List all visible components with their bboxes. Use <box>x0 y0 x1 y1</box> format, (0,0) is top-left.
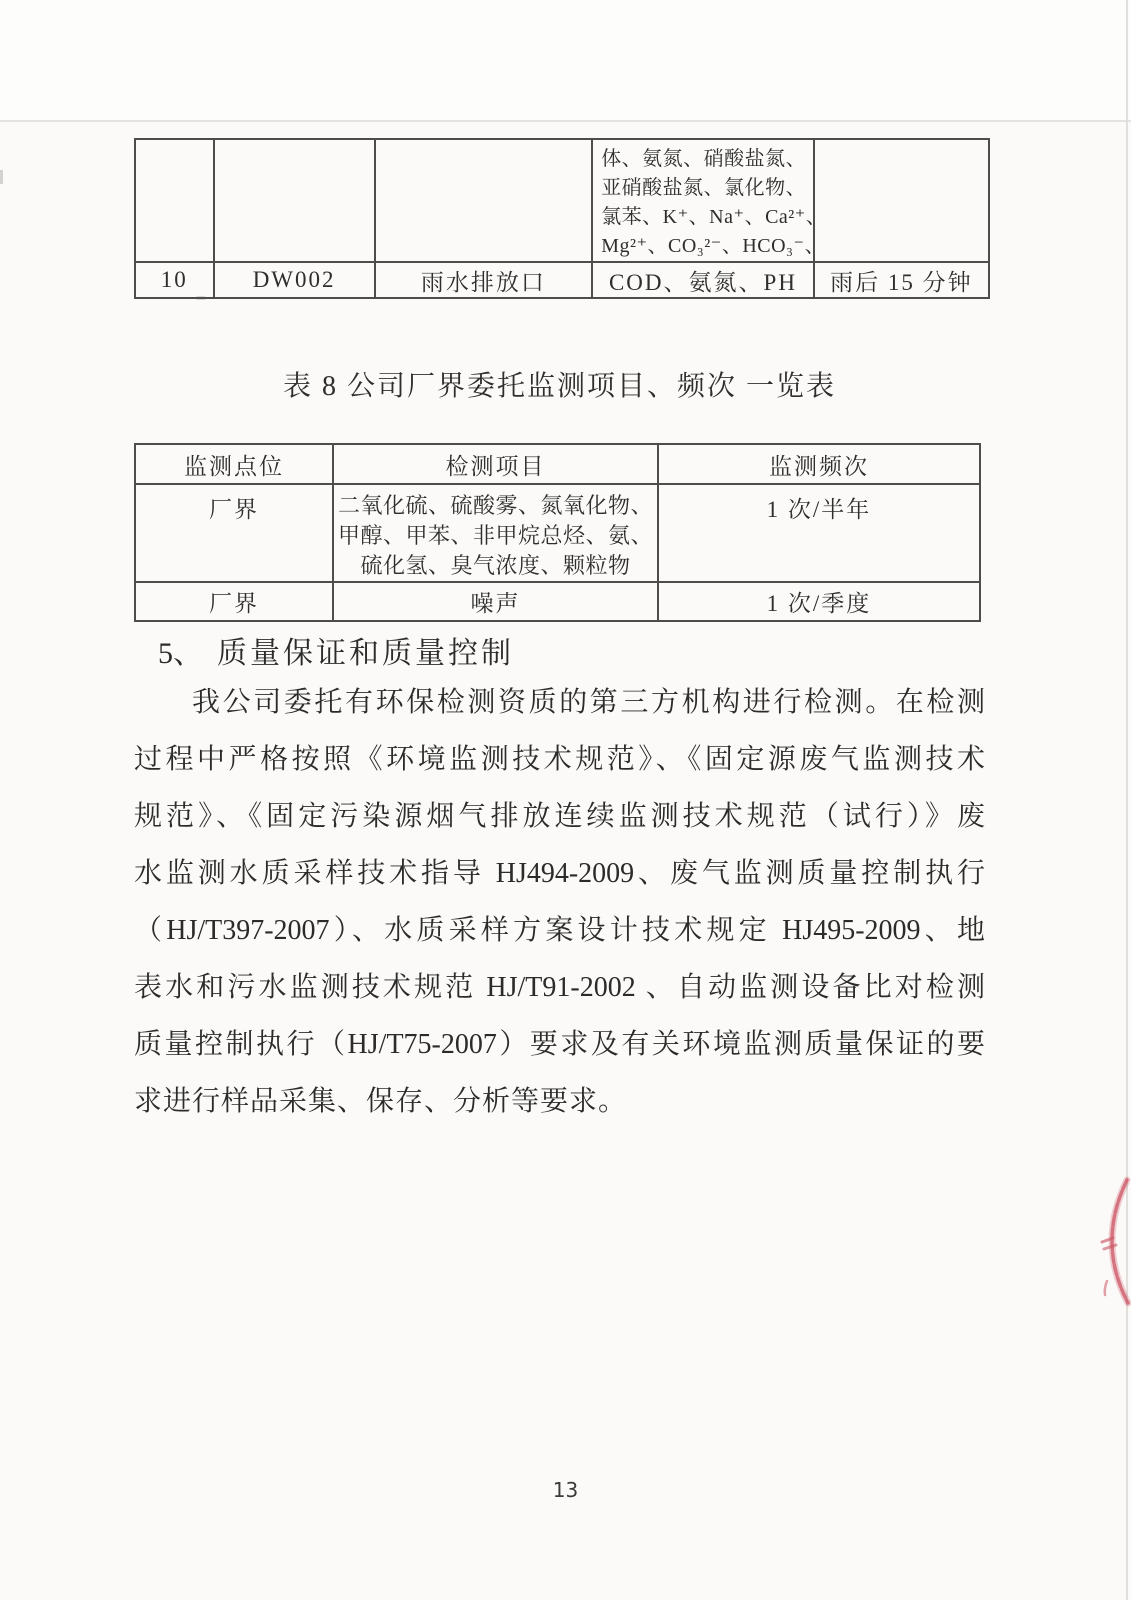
cell-monitor-point: 厂界 <box>135 484 333 582</box>
cell-code: DW002 <box>214 262 375 298</box>
cell-code <box>214 139 375 262</box>
header-frequency: 监测频次 <box>658 444 980 484</box>
scan-artifact <box>0 170 3 184</box>
table8-title: 表 8 公司厂界委托监测项目、频次 一览表 <box>134 364 985 404</box>
table-header-row: 监测点位 检测项目 监测频次 <box>135 444 980 484</box>
item-line: 硫化氢、臭气浓度、颗粒物 <box>334 551 657 581</box>
cell-monitor-point: 厂界 <box>135 582 333 621</box>
table-row: 厂界 二氧化硫、硫酸雾、氮氧化物、 甲醇、甲苯、非甲烷总烃、氨、 硫化氢、臭气浓… <box>135 484 980 582</box>
cell-test-items: 噪声 <box>333 582 658 621</box>
paragraph-line: 规范》、《固定污染源烟气排放连续监测技术规范（试行）》废 <box>134 788 985 845</box>
paragraph-line: 质量控制执行（HJ/T75-2007）要求及有关环境监测质量保证的要 <box>134 1016 985 1073</box>
cell-location <box>375 139 593 262</box>
table-row-partial: 体、氨氮、硝酸盐氮、 亚硝酸盐氮、氯化物、 氯苯、K⁺、Na⁺、Ca²⁺、 Mg… <box>135 139 989 262</box>
cell-location: 雨水排放口 <box>375 262 593 298</box>
cell-test-items: 二氧化硫、硫酸雾、氮氧化物、 甲醇、甲苯、非甲烷总烃、氨、 硫化氢、臭气浓度、颗… <box>333 484 658 582</box>
cell-monitor-items: COD、氨氮、PH <box>592 262 814 298</box>
cell-no: 10 <box>135 262 214 298</box>
cell-no <box>135 139 214 262</box>
paragraph-line: 求进行样品采集、保存、分析等要求。 <box>134 1073 985 1130</box>
header-monitor-point: 监测点位 <box>135 444 333 484</box>
section-number: 5、 <box>158 628 203 672</box>
boundary-monitoring-table: 监测点位 检测项目 监测频次 厂界 二氧化硫、硫酸雾、氮氧化物、 甲醇、甲苯、非… <box>134 443 981 622</box>
chem-line: 氯苯、K⁺、Na⁺、Ca²⁺、 <box>601 203 807 232</box>
cell-frequency: 1 次/半年 <box>658 484 980 582</box>
item-line: 二氧化硫、硫酸雾、氮氧化物、 <box>334 491 657 521</box>
paragraph-line: 表水和污水监测技术规范 HJ/T91-2002 、自动监测设备比对检测 <box>134 959 985 1016</box>
cell-frequency: 1 次/季度 <box>658 582 980 621</box>
paragraph-line: 水监测水质采样技术指导 HJ494-2009、废气监测质量控制执行 <box>134 845 985 902</box>
seal-inner-mark <box>1105 1281 1107 1295</box>
chem-line: Mg²⁺、CO₃²⁻、HCO₃⁻、SO₄²⁻ <box>601 232 807 261</box>
chem-line: 体、氨氮、硝酸盐氮、 <box>601 145 807 174</box>
cell-monitor-items: 体、氨氮、硝酸盐氮、 亚硝酸盐氮、氯化物、 氯苯、K⁺、Na⁺、Ca²⁺、 Mg… <box>592 139 814 262</box>
paragraph-line: （HJ/T397-2007）、水质采样方案设计技术规定 HJ495-2009、地 <box>134 902 985 959</box>
scan-edge-line <box>0 120 1131 122</box>
section-title: 质量保证和质量控制 <box>217 628 514 672</box>
item-line: 甲醇、甲苯、非甲烷总烃、氨、 <box>334 521 657 551</box>
paragraph-line: 我公司委托有环保检测资质的第三方机构进行检测。在检测 <box>134 674 985 731</box>
section-5-heading: 5、 质量保证和质量控制 <box>158 628 514 672</box>
red-seal-stamp <box>1060 1150 1131 1320</box>
page-number: 13 <box>0 1478 1131 1502</box>
cell-frequency <box>814 139 989 262</box>
cell-frequency: 雨后 15 分钟 <box>814 262 989 298</box>
seal-inner-mark <box>1102 1238 1113 1242</box>
body-paragraph: 我公司委托有环保检测资质的第三方机构进行检测。在检测 过程中严格按照《环境监测技… <box>134 674 985 1130</box>
scanned-report-page: 体、氨氮、硝酸盐氮、 亚硝酸盐氮、氯化物、 氯苯、K⁺、Na⁺、Ca²⁺、 Mg… <box>0 0 1131 1600</box>
table-row: 厂界 噪声 1 次/季度 <box>135 582 980 621</box>
seal-inner-mark <box>1104 1245 1116 1249</box>
monitoring-points-table-continued: 体、氨氮、硝酸盐氮、 亚硝酸盐氮、氯化物、 氯苯、K⁺、Na⁺、Ca²⁺、 Mg… <box>134 138 990 299</box>
paragraph-line: 过程中严格按照《环境监测技术规范》、《固定源废气监测技术 <box>134 731 985 788</box>
scan-top-strip <box>0 0 1131 120</box>
scan-right-edge-line <box>1126 0 1128 1600</box>
table-row-10: 10 DW002 雨水排放口 COD、氨氮、PH 雨后 15 分钟 <box>135 262 989 298</box>
header-test-items: 检测项目 <box>333 444 658 484</box>
chem-line: 亚硝酸盐氮、氯化物、 <box>601 174 807 203</box>
